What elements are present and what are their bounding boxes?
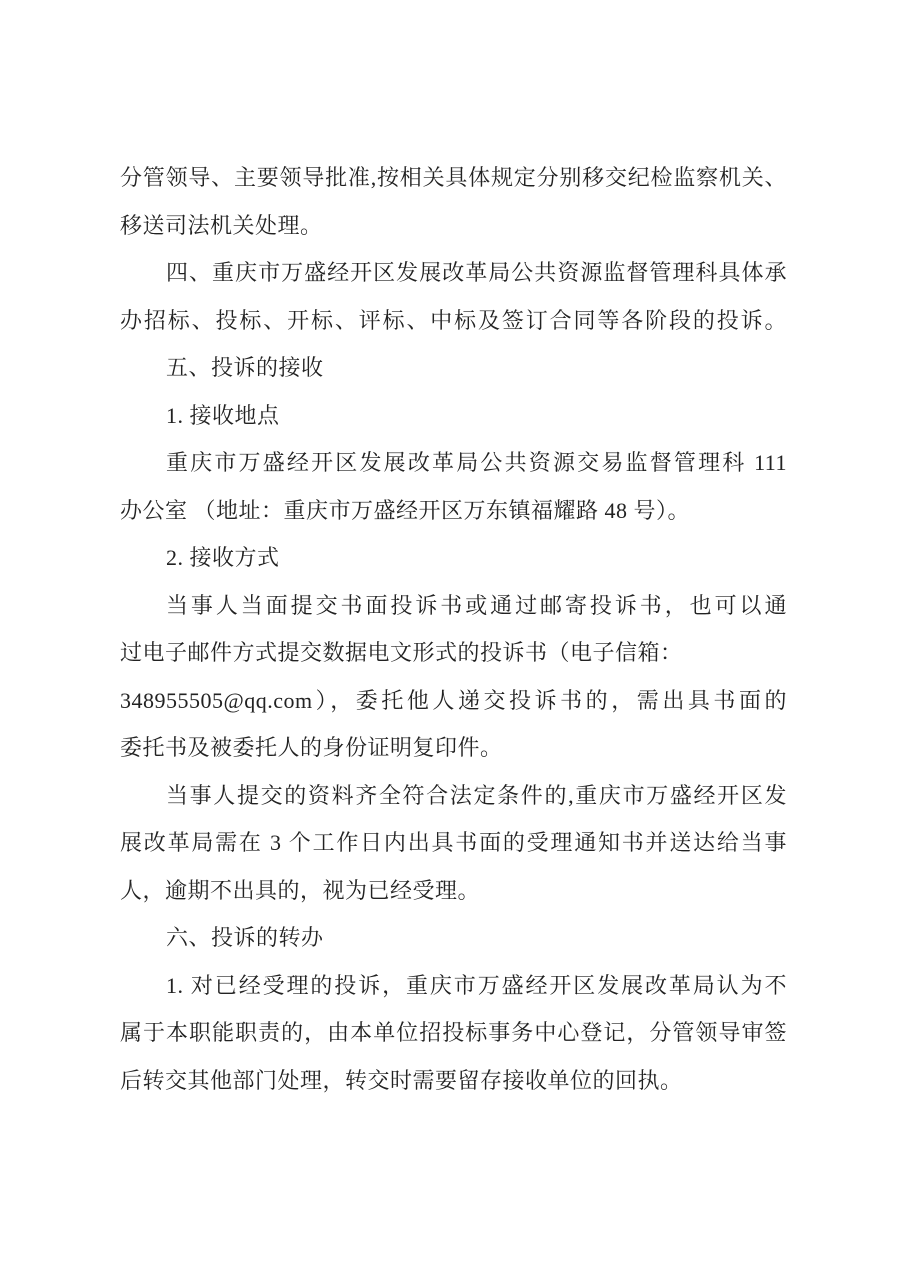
text-line: 移送司法机关处理。 xyxy=(120,202,787,250)
text-line: 重庆市万盛经开区发展改革局公共资源交易监督管理科 111 xyxy=(120,439,787,487)
text-line: 四、重庆市万盛经开区发展改革局公共资源监督管理科具体承 xyxy=(120,249,787,297)
text-line: 五、投诉的接收 xyxy=(120,344,787,392)
text-line: 2. 接收方式 xyxy=(120,534,787,582)
text-line: 人，逾期不出具的，视为已经受理。 xyxy=(120,867,787,915)
text-line: 委托书及被委托人的身份证明复印件。 xyxy=(120,724,787,772)
text-line: 348955505@qq.com），委托他人递交投诉书的，需出具书面的 xyxy=(120,677,787,725)
text-line: 1. 接收地点 xyxy=(120,392,787,440)
text-line: 过电子邮件方式提交数据电文形式的投诉书（电子信箱： xyxy=(120,629,787,677)
text-line: 属于本职能职责的，由本单位招投标事务中心登记，分管领导审签 xyxy=(120,1009,787,1057)
text-line: 办公室 （地址：重庆市万盛经开区万东镇福耀路 48 号）。 xyxy=(120,487,787,535)
text-line: 六、投诉的转办 xyxy=(120,914,787,962)
text-line: 当事人当面提交书面投诉书或通过邮寄投诉书，也可以通 xyxy=(120,582,787,630)
text-line: 后转交其他部门处理，转交时需要留存接收单位的回执。 xyxy=(120,1057,787,1105)
document-page: 分管领导、主要领导批准,按相关具体规定分别移交纪检监察机关、移送司法机关处理。四… xyxy=(0,0,900,1274)
text-line: 1. 对已经受理的投诉，重庆市万盛经开区发展改革局认为不 xyxy=(120,962,787,1010)
document-body: 分管领导、主要领导批准,按相关具体规定分别移交纪检监察机关、移送司法机关处理。四… xyxy=(120,154,787,1104)
text-line: 当事人提交的资料齐全符合法定条件的,重庆市万盛经开区发 xyxy=(120,772,787,820)
text-line: 办招标、投标、开标、评标、中标及签订合同等各阶段的投诉。 xyxy=(120,297,787,345)
text-line: 分管领导、主要领导批准,按相关具体规定分别移交纪检监察机关、 xyxy=(120,154,787,202)
text-line: 展改革局需在 3 个工作日内出具书面的受理通知书并送达给当事 xyxy=(120,819,787,867)
